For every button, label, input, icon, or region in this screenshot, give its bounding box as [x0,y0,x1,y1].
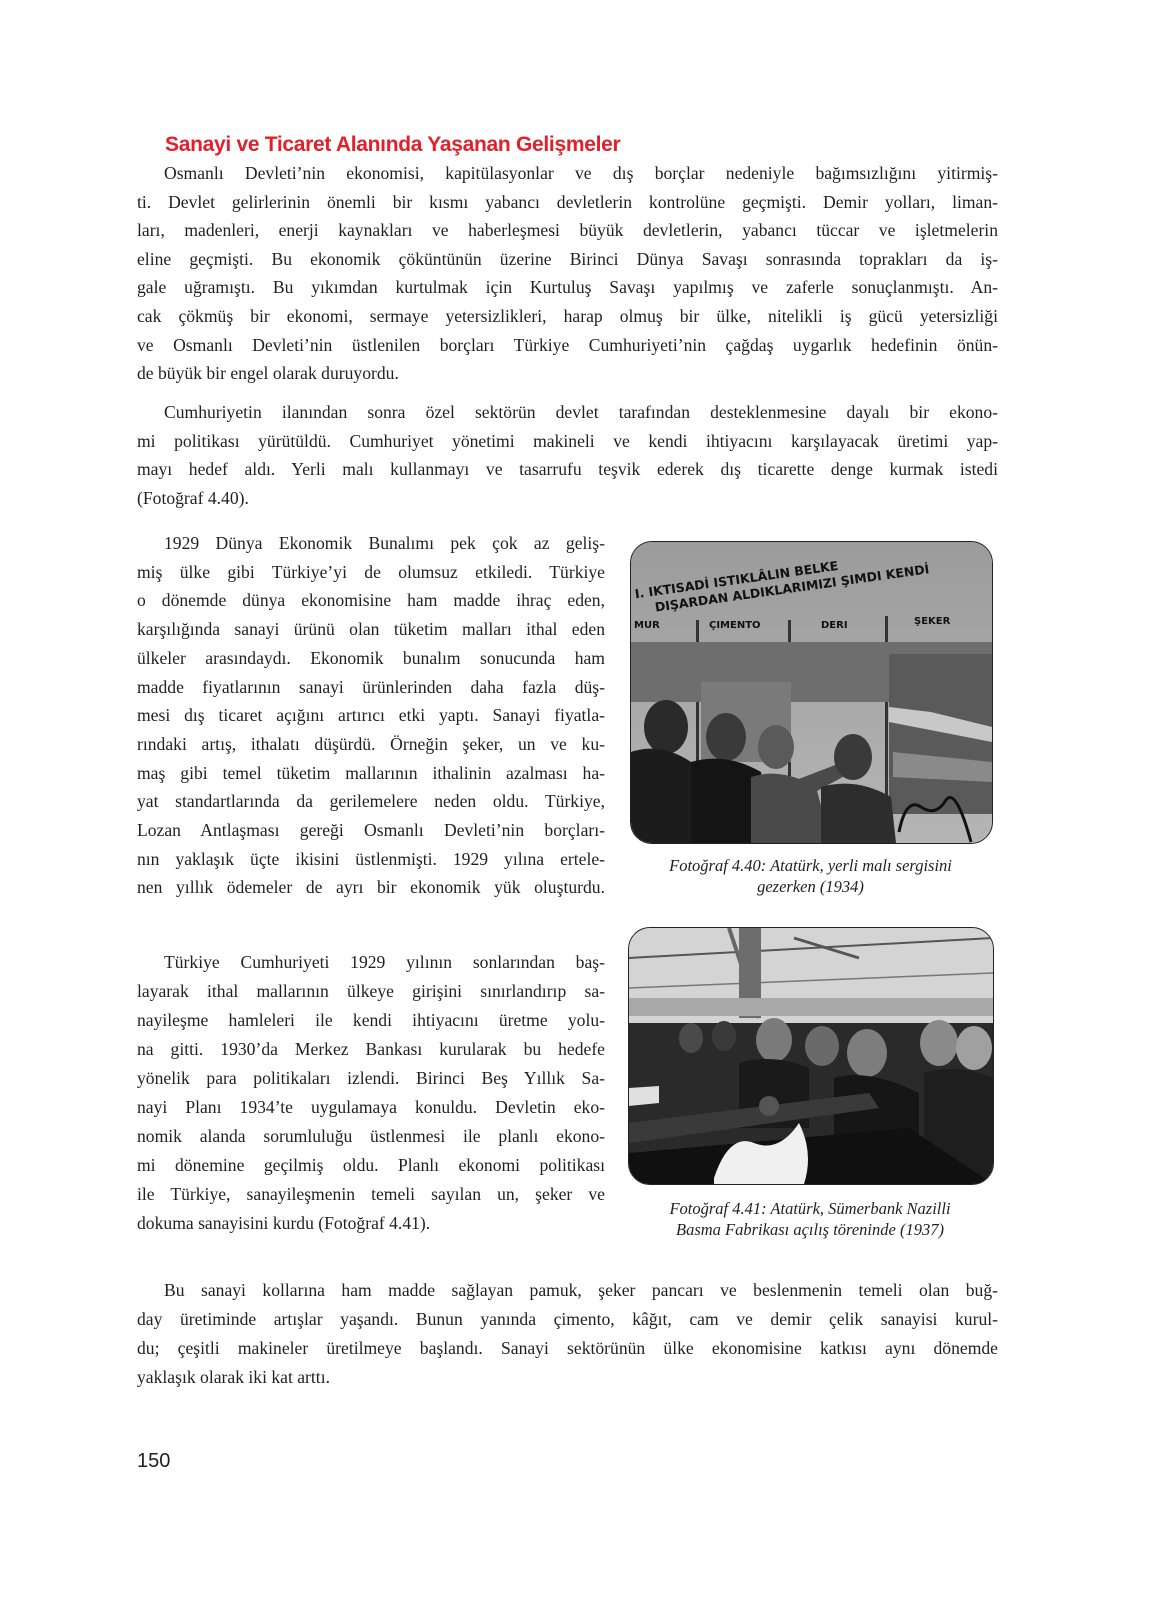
text-line: karşılığında sanayi ürünü olan tüketim m… [137,615,605,644]
page-number: 150 [137,1450,170,1473]
text-line: Bu sanayi kollarına ham madde sağlayan p… [164,1280,998,1300]
text-line: madde fiyatlarının sanayi ürünlerinden d… [137,673,605,702]
text-line: miş ülke gibi Türkiye’yi de olumsuz etki… [137,558,605,587]
svg-text:MUR: MUR [634,620,660,631]
text-line: dokuma sanayisini kurdu (Fotoğraf 4.41). [137,1209,605,1238]
text-line: rındaki artış, ithalatı düşürdü. Örneğin… [137,730,605,759]
exhibition-photo-illustration: I. IKTISADİ ISTIKLÂLIN BELKE DIŞARDAN AL… [631,542,992,843]
text-line: mi dönemine geçilmiş oldu. Planlı ekonom… [137,1151,605,1180]
svg-text:DERI: DERI [821,620,848,631]
text-line: Osmanlı Devleti’nin ekonomisi, kapitülas… [164,163,998,183]
text-line: ti. Devlet gelirlerinin önemli bir kısmı… [137,188,998,217]
text-line: Cumhuriyetin ilanından sonra özel sektör… [164,402,998,422]
text-line: ülkeler arasındaydı. Ekonomik bunalım so… [137,644,605,673]
text-line: mi politikası yürütüldü. Cumhuriyet yöne… [137,427,998,456]
text-line: yaklaşık olarak iki kat arttı. [137,1363,998,1392]
text-line: ları, madenleri, enerji kaynakları ve ha… [137,216,998,245]
photo-4-40-caption: Fotoğraf 4.40: Atatürk, yerli malı sergi… [630,855,991,897]
text-line: de büyük bir engel olarak duruyordu. [137,359,998,388]
text-line: nayi Planı 1934’te uygulamaya konuldu. D… [137,1093,605,1122]
text-line: day üretiminde artışlar yaşandı. Bunun y… [137,1305,998,1334]
text-line: 1929 Dünya Ekonomik Bunalımı pek çok az … [164,533,605,553]
paragraph-5: Bu sanayi kollarına ham madde sağlayan p… [137,1276,998,1392]
text-line: yat standartlarında da gerilemelere nede… [137,787,605,816]
svg-text:ŞEKER: ŞEKER [914,616,951,627]
text-line: ve Osmanlı Devleti’nin üstlenilen borçla… [137,331,998,360]
section-title: Sanayi ve Ticaret Alanında Yaşanan Geliş… [165,133,620,157]
text-line: mayı hedef aldı. Yerli malı kullanmayı v… [137,455,998,484]
photo-4-41-caption: Fotoğraf 4.41: Atatürk, Sümerbank Nazill… [628,1198,992,1240]
text-line: eline geçmişti. Bu ekonomik çöküntünün ü… [137,245,998,274]
photo-4-41 [628,927,994,1185]
text-line: nayileşme hamleleri ile kendi ihtiyacını… [137,1006,605,1035]
text-line: nen yıllık ödemeler de ayrı bir ekonomik… [137,873,605,902]
text-line: (Fotoğraf 4.40). [137,484,998,513]
paragraph-4: Türkiye Cumhuriyeti 1929 yılının sonları… [137,948,605,1238]
text-line: mesi dış ticaret açığını artırıcı etki y… [137,701,605,730]
text-line: o dönemde dünya ekonomisine ham madde ih… [137,586,605,615]
text-line: nın yaklaşık üçte ikisini üstlenmişti. 1… [137,845,605,874]
text-line: ile Türkiye, sanayileşmenin temeli sayıl… [137,1180,605,1209]
text-line: maş gibi temel tüketim mallarının ithali… [137,759,605,788]
text-line: Türkiye Cumhuriyeti 1929 yılının sonları… [164,952,605,972]
paragraph-1: Osmanlı Devleti’nin ekonomisi, kapitülas… [137,159,998,388]
text-line: nomik alanda sorumluluğu üstlenmesi ile … [137,1122,605,1151]
paragraph-2: Cumhuriyetin ilanından sonra özel sektör… [137,398,998,512]
svg-text:ÇIMENTO: ÇIMENTO [709,620,761,631]
photo-4-40: I. IKTISADİ ISTIKLÂLIN BELKE DIŞARDAN AL… [630,541,993,844]
text-line: cak çökmüş bir ekonomi, sermaye yetersiz… [137,302,998,331]
text-line: na gitti. 1930’da Merkez Bankası kurular… [137,1035,605,1064]
paragraph-3: 1929 Dünya Ekonomik Bunalımı pek çok az … [137,529,605,902]
text-line: Lozan Antlaşması gereği Osmanlı Devleti’… [137,816,605,845]
factory-photo-illustration [629,928,993,1184]
text-line: gale uğramıştı. Bu yıkımdan kurtulmak iç… [137,273,998,302]
text-line: yönelik para politikaları izlendi. Birin… [137,1064,605,1093]
text-line: du; çeşitli makineler üretilmeye başland… [137,1334,998,1363]
text-line: layarak ithal mallarının ülkeye girişini… [137,977,605,1006]
